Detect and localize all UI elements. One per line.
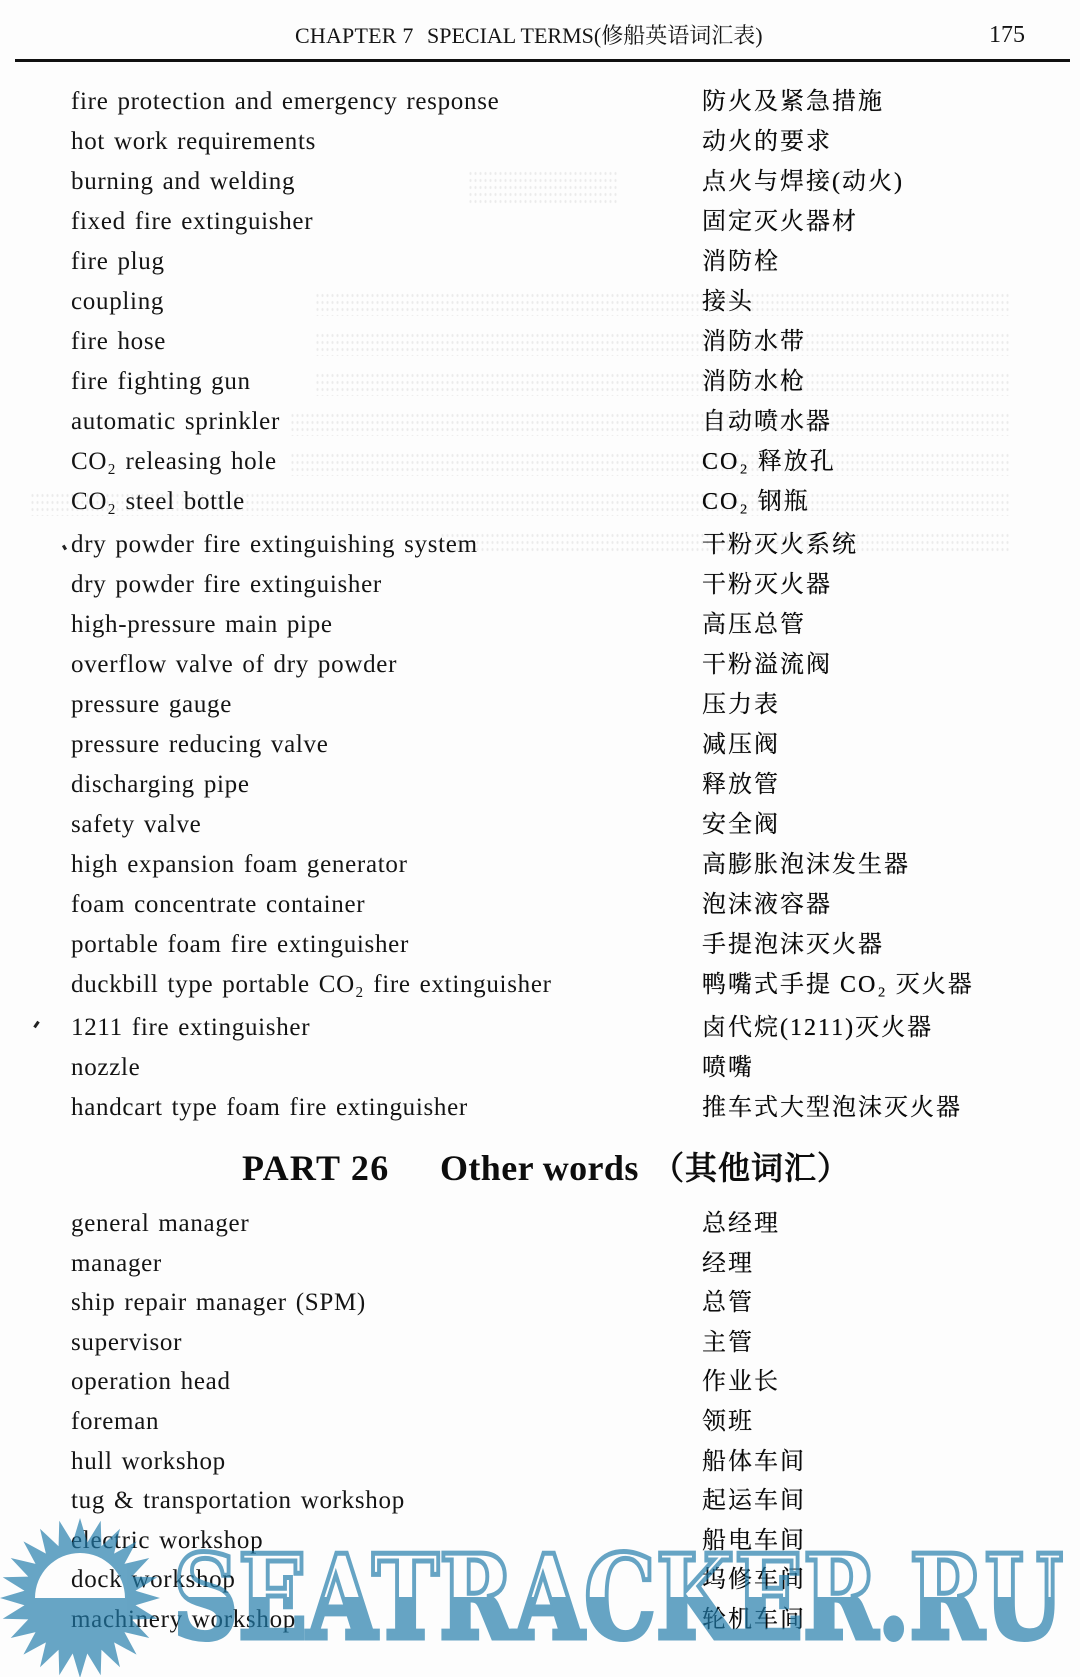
- term-english: fire plug: [71, 242, 165, 282]
- term-chinese: 领班: [702, 1402, 754, 1442]
- term-row: fire protection and emergency response防火…: [0, 82, 1080, 122]
- term-chinese: CO₂ 钢瓶: [702, 482, 810, 522]
- term-english: electric workshop: [71, 1521, 263, 1561]
- term-chinese: 压力表: [702, 685, 780, 725]
- term-english: hull workshop: [71, 1442, 226, 1482]
- term-chinese: CO₂ 释放孔: [702, 442, 836, 482]
- book-page: CHAPTER 7 SPECIAL TERMS(修船英语词汇表) 175 fir…: [0, 0, 1080, 1677]
- term-english: burning and welding: [71, 162, 295, 202]
- term-english: fire fighting gun: [71, 362, 251, 402]
- term-row: fixed fire extinguisher固定灭火器材: [0, 202, 1080, 242]
- term-chinese: 点火与焊接(动火): [702, 162, 904, 202]
- term-chinese: 干粉溢流阀: [702, 645, 832, 685]
- term-row: nozzle喷嘴: [0, 1048, 1080, 1088]
- term-row: CO₂ steel bottleCO₂ 钢瓶: [0, 482, 1080, 522]
- term-row: 1211 fire extinguisher卤代烷(1211)灭火器: [0, 1008, 1080, 1048]
- term-row: electric workshop船电车间: [0, 1521, 1080, 1561]
- term-chinese: 安全阀: [702, 805, 780, 845]
- term-chinese: 高压总管: [702, 605, 806, 645]
- term-chinese: 推车式大型泡沫灭火器: [702, 1088, 962, 1128]
- term-english: 1211 fire extinguisher: [71, 1008, 310, 1048]
- term-english: pressure gauge: [71, 685, 232, 725]
- term-english: foreman: [71, 1402, 159, 1442]
- term-english: general manager: [71, 1204, 249, 1244]
- term-row: fire hose消防水带: [0, 322, 1080, 362]
- term-english: portable foam fire extinguisher: [71, 925, 409, 965]
- term-chinese: 船体车间: [702, 1442, 806, 1482]
- term-row: operation head作业长: [0, 1362, 1080, 1402]
- term-english: dry powder fire extinguishing system: [71, 525, 478, 565]
- term-chinese: 船电车间: [702, 1521, 806, 1561]
- term-chinese: 主管: [702, 1323, 754, 1363]
- term-chinese: 鸭嘴式手提 CO₂ 灭火器: [702, 965, 974, 1005]
- term-english: fixed fire extinguisher: [71, 202, 313, 242]
- term-english: supervisor: [71, 1323, 182, 1363]
- term-chinese: 消防栓: [702, 242, 780, 282]
- term-english: tug & transportation workshop: [71, 1481, 405, 1521]
- term-chinese: 喷嘴: [702, 1048, 754, 1088]
- page-number: 175: [989, 22, 1025, 48]
- term-english: handcart type foam fire extinguisher: [71, 1088, 468, 1128]
- term-chinese: 干粉灭火器: [702, 565, 832, 605]
- term-english: safety valve: [71, 805, 201, 845]
- term-english: overflow valve of dry powder: [71, 645, 397, 685]
- term-row: fire fighting gun消防水枪: [0, 362, 1080, 402]
- term-row: ship repair manager (SPM)总管: [0, 1283, 1080, 1323]
- term-chinese: 起运车间: [702, 1481, 806, 1521]
- term-chinese: 接头: [702, 282, 754, 322]
- term-row: discharging pipe释放管: [0, 765, 1080, 805]
- term-row: portable foam fire extinguisher手提泡沫灭火器: [0, 925, 1080, 965]
- term-chinese: 泡沫液容器: [702, 885, 832, 925]
- term-row: high-pressure main pipe高压总管: [0, 605, 1080, 645]
- term-english: high expansion foam generator: [71, 845, 408, 885]
- term-chinese: 总经理: [702, 1204, 780, 1244]
- term-row: tug & transportation workshop起运车间: [0, 1481, 1080, 1521]
- term-chinese: 手提泡沫灭火器: [702, 925, 884, 965]
- term-english: CO₂ steel bottle: [71, 482, 245, 522]
- term-english: fire hose: [71, 322, 166, 362]
- term-row: coupling接头: [0, 282, 1080, 322]
- term-row: supervisor主管: [0, 1323, 1080, 1363]
- glossary-fire-fighting: fire protection and emergency response防火…: [0, 82, 1080, 1128]
- term-chinese: 减压阀: [702, 725, 780, 765]
- term-english: dock workshop: [71, 1560, 236, 1600]
- running-header-title: SPECIAL TERMS(修船英语词汇表): [427, 23, 763, 49]
- term-row: CO₂ releasing holeCO₂ 释放孔: [0, 442, 1080, 482]
- term-english: operation head: [71, 1362, 231, 1402]
- term-chinese: 防火及紧急措施: [702, 82, 884, 122]
- term-chinese: 释放管: [702, 765, 780, 805]
- term-english: discharging pipe: [71, 765, 250, 805]
- part-number: PART 26: [242, 1145, 390, 1191]
- running-header-chapter: CHAPTER 7: [295, 23, 414, 49]
- term-chinese: 消防水带: [702, 322, 806, 362]
- term-english: high-pressure main pipe: [71, 605, 333, 645]
- term-row: manager经理: [0, 1244, 1080, 1284]
- term-row: dry powder fire extinguisher干粉灭火器: [0, 565, 1080, 605]
- term-row: burning and welding点火与焊接(动火): [0, 162, 1080, 202]
- term-english: manager: [71, 1244, 162, 1284]
- term-english: duckbill type portable CO₂ fire extingui…: [71, 965, 552, 1005]
- term-row: dry powder fire extinguishing system干粉灭火…: [0, 525, 1080, 565]
- term-row: overflow valve of dry powder干粉溢流阀: [0, 645, 1080, 685]
- term-row: handcart type foam fire extinguisher推车式大…: [0, 1088, 1080, 1128]
- term-chinese: 消防水枪: [702, 362, 806, 402]
- term-row: foreman领班: [0, 1402, 1080, 1442]
- glossary-other-words: general manager总经理 manager经理 ship repair…: [0, 1204, 1080, 1640]
- term-row: duckbill type portable CO₂ fire extingui…: [0, 965, 1080, 1005]
- section-heading-part-26: PART 26 Other words （其他词汇）: [0, 1145, 1080, 1191]
- term-english: machinery workshop: [71, 1600, 296, 1640]
- term-row: pressure reducing valve减压阀: [0, 725, 1080, 765]
- term-row: hot work requirements动火的要求: [0, 122, 1080, 162]
- part-title: Other words: [440, 1145, 639, 1191]
- term-english: foam concentrate container: [71, 885, 365, 925]
- term-english: ship repair manager (SPM): [71, 1283, 366, 1323]
- term-chinese: 轮机车间: [702, 1600, 806, 1640]
- term-chinese: 作业长: [702, 1362, 780, 1402]
- term-chinese: 总管: [702, 1283, 754, 1323]
- term-row: foam concentrate container泡沫液容器: [0, 885, 1080, 925]
- term-english: automatic sprinkler: [71, 402, 280, 442]
- term-english: hot work requirements: [71, 122, 316, 162]
- term-row: safety valve安全阀: [0, 805, 1080, 845]
- term-row: high expansion foam generator高膨胀泡沫发生器: [0, 845, 1080, 885]
- term-chinese: 自动喷水器: [702, 402, 832, 442]
- header-rule: [15, 59, 1070, 62]
- term-row: fire plug消防栓: [0, 242, 1080, 282]
- term-chinese: 动火的要求: [702, 122, 832, 162]
- term-english: fire protection and emergency response: [71, 82, 499, 122]
- term-row: automatic sprinkler自动喷水器: [0, 402, 1080, 442]
- term-row: pressure gauge压力表: [0, 685, 1080, 725]
- term-chinese: 坞修车间: [702, 1560, 806, 1600]
- term-english: CO₂ releasing hole: [71, 442, 277, 482]
- term-chinese: 干粉灭火系统: [702, 525, 858, 565]
- term-chinese: 高膨胀泡沫发生器: [702, 845, 910, 885]
- term-row: general manager总经理: [0, 1204, 1080, 1244]
- term-chinese: 经理: [702, 1244, 754, 1284]
- term-english: nozzle: [71, 1048, 140, 1088]
- term-row: dock workshop坞修车间: [0, 1560, 1080, 1600]
- term-english: dry powder fire extinguisher: [71, 565, 382, 605]
- term-chinese: 固定灭火器材: [702, 202, 858, 242]
- part-title-chinese: （其他词汇）: [652, 1145, 850, 1191]
- term-row: hull workshop船体车间: [0, 1442, 1080, 1482]
- term-row: machinery workshop轮机车间: [0, 1600, 1080, 1640]
- term-english: coupling: [71, 282, 164, 322]
- term-english: pressure reducing valve: [71, 725, 329, 765]
- term-chinese: 卤代烷(1211)灭火器: [702, 1008, 933, 1048]
